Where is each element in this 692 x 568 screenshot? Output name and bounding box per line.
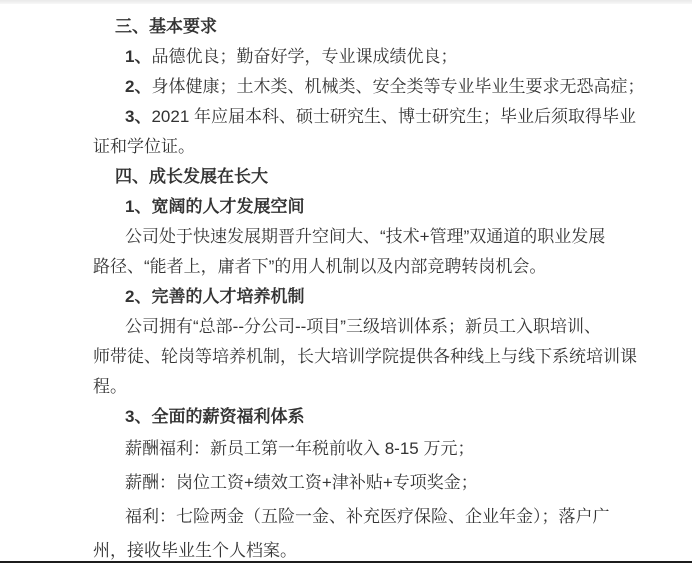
list-item-2: 2、身体健康；土木类、机械类、安全类等专业毕业生要求无恐高症； — [93, 72, 650, 102]
text-run: 公司处于快速发展期晋升空间大、“技术+管理”双通道的职业发展 路径、“能者上，庸… — [93, 227, 605, 276]
sub-heading-training: 2、完善的人才培养机制 — [125, 282, 650, 312]
item-number: 1、 — [125, 47, 151, 66]
text-run: 公司拥有“总部--分公司--项目”三级培训体系；新员工入职培训、 师带徒、轮岗等… — [93, 317, 637, 396]
text-run: 身体健康；土木类、机械类、安全类等专业毕业生要求无恐高症； — [151, 77, 644, 96]
paragraph-training: 公司拥有“总部--分公司--项目”三级培训体系；新员工入职培训、 师带徒、轮岗等… — [93, 312, 650, 402]
text-run: 四、成长发展在长大 — [115, 167, 268, 186]
list-item-3: 3、2021 年应届本科、硕士研究生、博士研究生；毕业后须取得毕业 证和学位证。 — [93, 102, 650, 162]
paragraph-salary-overview: 薪酬福利：新员工第一年税前收入 8-15 万元； — [93, 432, 650, 466]
sub-heading-development-space: 1、宽阔的人才发展空间 — [125, 192, 650, 222]
item-number: 2、 — [125, 77, 151, 96]
text-run: 三、基本要求 — [115, 17, 217, 36]
sub-heading-compensation: 3、全面的薪资福利体系 — [125, 402, 650, 432]
document-page: { "page": { "background_color": "#ffffff… — [0, 0, 692, 568]
item-number: 3、 — [125, 107, 151, 126]
paragraph-benefits: 福利：七险两金（五险一金、补充医疗保险、企业年金）；落户广 州，接收毕业生个人档… — [93, 500, 650, 561]
text-run: 薪酬福利：新员工第一年税前收入 8-15 万元； — [125, 439, 474, 458]
page-bottom-border — [0, 561, 692, 563]
text-run: 薪酬：岗位工资+绩效工资+津补贴+专项奖金； — [125, 473, 478, 492]
paragraph-salary-structure: 薪酬：岗位工资+绩效工资+津补贴+专项奖金； — [93, 466, 650, 500]
section-heading-growth: 四、成长发展在长大 — [115, 162, 650, 192]
paragraph-development-space: 公司处于快速发展期晋升空间大、“技术+管理”双通道的职业发展 路径、“能者上，庸… — [93, 222, 650, 282]
text-run: 品德优良；勤奋好学，专业课成绩优良； — [151, 47, 457, 66]
text-run: 1、宽阔的人才发展空间 — [125, 197, 304, 216]
text-run: 2021 年应届本科、硕士研究生、博士研究生；毕业后须取得毕业 证和学位证。 — [93, 107, 636, 156]
section-heading-basic-requirements: 三、基本要求 — [115, 12, 650, 42]
text-run: 3、全面的薪资福利体系 — [125, 407, 304, 426]
document-body: 三、基本要求1、品德优良；勤奋好学，专业课成绩优良；2、身体健康；土木类、机械类… — [0, 4, 692, 561]
text-run: 福利：七险两金（五险一金、补充医疗保险、企业年金）；落户广 州，接收毕业生个人档… — [93, 507, 610, 560]
list-item-1: 1、品德优良；勤奋好学，专业课成绩优良； — [93, 42, 650, 72]
text-run: 2、完善的人才培养机制 — [125, 287, 304, 306]
